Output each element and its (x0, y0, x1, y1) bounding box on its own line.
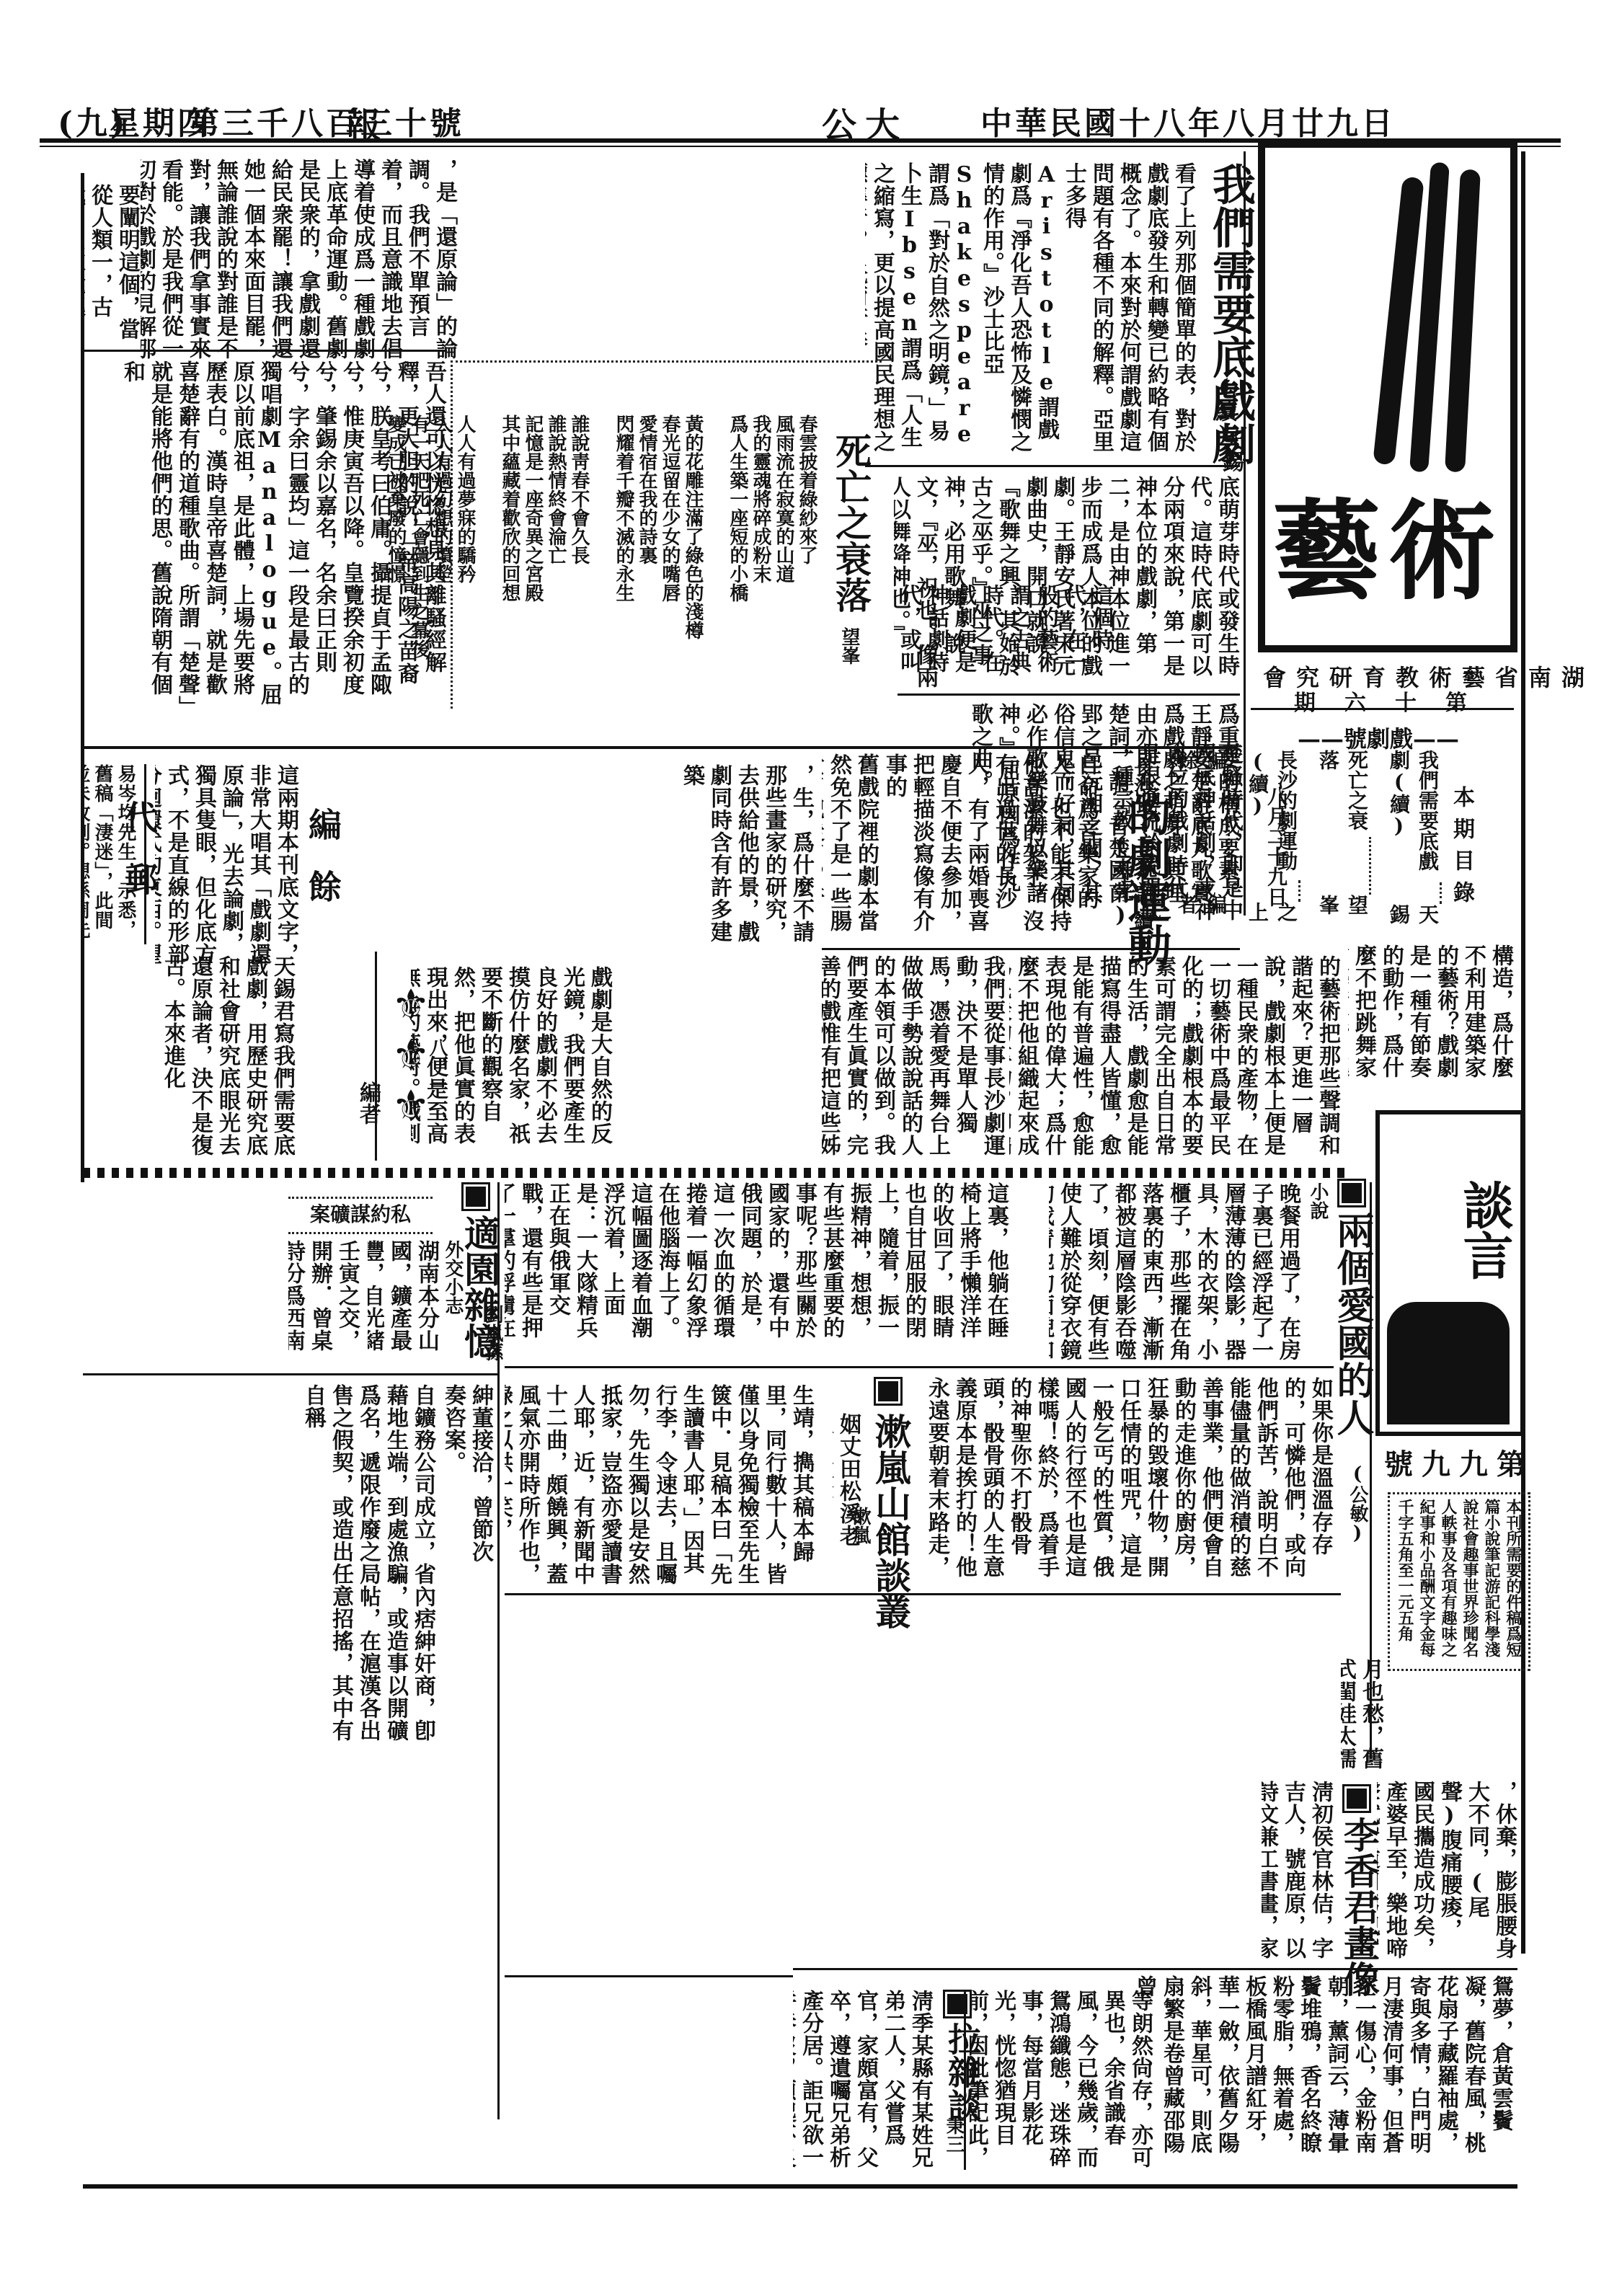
poem-line: 記憶是一座奇異之宮殿 (521, 415, 544, 688)
novel-body: 如果你是溫溫存存的，可憐他們，或向他們訴苦，說明白不能儘量的做消積的慈善事業，他… (923, 1377, 1334, 1590)
poem-line: 黃的花雕注滿了綠色的淺樽 (681, 415, 704, 688)
li-body: 淸初侯官林佶，字吉人，號鹿原，以詩文兼工書畫，家多藏書，徐乾學通志堂經解，朱彞尊… (1262, 1781, 1334, 1968)
memoirs-body: 湖南本分山國，鑛產最豐，自光緒丁西戊戌之間，由陳撫寶箴開辦以後，風氣漸開，至辛亥 (368, 1240, 440, 1366)
divider (793, 1968, 1517, 1970)
li-body: 月也愁，舊式閨娃太懦柔，婚姻重自由，言也投，意也 (1341, 1658, 1384, 1773)
boxed-heading-text: 私約謀礦案 (288, 1199, 433, 1228)
column-rule (964, 1990, 966, 2170)
divider (865, 465, 1240, 467)
shulan-body: 姻丈田松溪老人，文章 (833, 1413, 861, 1586)
article-body: 這個時代，在一般的藝術謂之古典時代。在戲劇便是神話劇時代，或叫神本位的戲劇時代。… (898, 584, 1114, 692)
article-body: 吾人還可以恍惚想見其離騷經解釋，更大胆的說，「帝高陽之苗裔兮，朕皇考曰伯庸。攝提… (83, 360, 447, 710)
poem-line: 其中蘊藏着歡欣的回想 (498, 415, 521, 688)
correspondence-body: 易岑均先生：示悉，舊稿「淒迷」，此間並未收到。想係周先生忘記轉來。 (83, 764, 137, 944)
section-marker (1342, 1784, 1371, 1816)
toc-item-author: 望峯 (1313, 895, 1371, 930)
divider (898, 693, 1240, 696)
divider (505, 1975, 793, 1977)
toc-heading: 本期目錄 (1445, 786, 1477, 913)
toc-item-title: 我們需要底戲劇(續) (1384, 750, 1442, 882)
divider (83, 1373, 497, 1375)
novel-tag: 小說 (1305, 1182, 1331, 1220)
section-marker (943, 1990, 972, 2021)
article-body: 要闡明這個，當從人類一，古代。只來說起：這是戲劇 (83, 184, 141, 360)
divider (822, 948, 1240, 950)
divider (83, 746, 1236, 749)
li-body: ，休棄，膨脹腰身大不同，(尾聲)腹痛腰痠，國民攜造成功矣，產婆早至，樂地啼聲試，… (1377, 1781, 1517, 1961)
art-period: 第十六期 (1294, 685, 1496, 717)
art-logo-text: 藝術 (1272, 479, 1503, 624)
section-author: 劉嵐蓀 (479, 1305, 506, 1361)
memoirs-boxed-heading: 私約謀礦案 (288, 1197, 433, 1234)
shulan-body: 生靖，擕其稿本歸里，同行數十人，皆僅以身免獨檢至先生篋中．見稿本曰「先生讀書人耶… (505, 1384, 815, 1586)
novel-author: (公敏) (1344, 1463, 1371, 1544)
article-body: 我們要從事長沙劇運動，決不是單人獨馬，憑着愛再舞台上做做手勢說說話的人的本領可以… (822, 955, 1006, 1164)
memoirs-body: 紳董接洽，曾節次奏咨案。 (440, 1384, 494, 1564)
article-body: ，是「還原論」的論調。我們不單預言着，而且意識地去倡導着使成爲一種戲劇上底革命運… (141, 159, 458, 360)
toc-item[interactable]: 死亡之衰落 望峯 (1313, 750, 1371, 930)
novel-body: 這裏，他躺在睡椅上將手懶洋洋的收回了，眼睛也自甘屈服的閉上，隨着，振一振精神，想… (505, 1182, 1009, 1359)
article-body: 自命爲音樂家的人，也不能不保持他高潔的架子。沒有出過世的長沙人，有了兩婚喪喜慶自… (883, 753, 1099, 941)
art-logo-woodcut: 藝術 (1258, 141, 1517, 652)
black-square-icon (461, 1182, 490, 1211)
poem-body: 春雲披着綠紗來了 風雨流在寂寞的山道 我的靈魂將碎成粉末 爲人生築一座短的小橋 … (461, 415, 818, 688)
section-marker (461, 1182, 490, 1214)
cartoon-figure (1387, 1302, 1510, 1424)
divider (83, 350, 447, 352)
editor-note-body: ，生，爲什麼不請那些畫家的研究，去供給他的景，戲劇同時含有許多建築 (620, 764, 815, 944)
editor-note-body: 這兩期本刊底文字，非常大唱其「戲劇還原論」，光去論劇，獨具隻眼，但化底方式，不是… (155, 764, 299, 966)
poem-line: 誰說熱情終會淪亡 (544, 415, 567, 688)
toc-item[interactable]: 我們需要底戲劇(續) 天錫 (1384, 750, 1442, 930)
section-subtitle: 外交小志 (440, 1240, 466, 1315)
issue-number: 第三千八百三十號 (187, 97, 464, 143)
fleur-de-lis-ornament: ⚜⚜⚜ (382, 980, 440, 1132)
article-body: 的藝術把那些聲調和諧起來？更進一層說，戲劇根本上便是一種民衆的產物，在一切藝術中… (1009, 955, 1341, 1164)
bottom-rule (83, 2184, 1517, 2189)
poem-line: 人人有過夢寐的驕矜 (453, 415, 477, 688)
section-marker (874, 1377, 903, 1409)
poem-line: 誰說靑春不會久長 (567, 415, 590, 688)
article-body: 舊戲院裡的劇本當然免不了是一些腸貴了記走了，新 (822, 753, 879, 941)
masthead: (九) 星期四 第三千八百三十號 報 公 大 中華民國十八年八月廿九日 (0, 97, 1622, 141)
section-author: 編者 (352, 1081, 384, 1125)
novel-title: 兩個愛國的人 (1326, 1211, 1377, 1436)
poem-author: 望峯 (836, 627, 863, 665)
divider (505, 1366, 1334, 1368)
divider (505, 1593, 1341, 1595)
toc-item-title: 死亡之衰落 (1313, 750, 1371, 837)
section-author: 文 (1348, 1932, 1375, 1951)
talk-call-for-papers-box: 本刊所需要的件稿爲短篇小說筆記游記科學淺說社會趣事世界珍聞名人軼事及各項有趣味之… (1388, 1492, 1530, 1671)
poem-line: 春光逗留在少女的嘴唇 (658, 415, 681, 688)
ornament-border (83, 1168, 1352, 1178)
toc-date: 八月二十九日 (1262, 786, 1290, 907)
article-heading-small: 長沙 (1128, 757, 1157, 797)
black-square-icon (1337, 1179, 1366, 1207)
divider (1251, 708, 1514, 710)
poem-line: 爲人生築一座短的小橋 (726, 415, 749, 688)
toc-leader (1384, 882, 1442, 904)
talk-magazine-cover: 談言 (1375, 1110, 1525, 1436)
publication-date: 中華民國十八年八月廿九日 (980, 97, 1396, 143)
black-square-icon (943, 1990, 972, 2018)
poem-line: 閃耀着千瓣不滅的永生 (612, 415, 635, 688)
poem-stanza: 誰說靑春不會久長 誰說熱情終會淪亡 記憶是一座奇異之宮殿 其中蘊藏着歡欣的回想 (498, 415, 590, 688)
talk-call-for-papers: 本刊所需要的件稿爲短篇小說筆記游記科學淺說社會趣事世界珍聞名人軼事及各項有趣味之… (1394, 1499, 1524, 1657)
memoirs-body: 壬寅之交，開辦．曾桌詩分爲西南兩 (288, 1240, 360, 1366)
table-of-contents: 我們需要底戲劇(續) 天錫 死亡之衰落 望峯 長沙的劇運動(續) 之上 編餘 編… (1319, 750, 1442, 930)
right-border (1521, 151, 1525, 1954)
article-continued-tag: (續) (1128, 887, 1157, 954)
article-body: 構造，爲什麼不利用建築家的藝術？戲劇是一種有節奏的動作，爲什麼不把跳舞家的藝術應… (1348, 944, 1514, 1096)
article-author: 之上 (1107, 851, 1138, 894)
toc-leader (1313, 837, 1371, 895)
poem-line: 春雲披着綠紗來了 (795, 415, 818, 688)
talk-cover-title: 談言 (1448, 1179, 1521, 1280)
toc-item-author: 天錫 (1384, 904, 1442, 930)
section-marker (1337, 1179, 1366, 1210)
poem-title: 死亡之衰落 (829, 433, 872, 613)
black-square-icon (1342, 1784, 1371, 1813)
talk-issue-number: 第九九號 (1384, 1442, 1534, 1483)
poem-line: 我的靈魂將碎成粉末 (749, 415, 772, 688)
lazatan-body: 等朗然尙存，亦可異也，余省識春風，今已幾歲，而鴛鴻纖態，迷珠碎事，每當月影花光，… (970, 1990, 1153, 2170)
column-rule (375, 952, 377, 1161)
woodcut-decoration (1445, 169, 1481, 473)
poem-line: 愛情宿在我的詩裏 (635, 415, 658, 688)
poem-line: 風雨流在寂寞的山道 (772, 415, 795, 688)
section-title: 編餘 (299, 807, 347, 931)
novel-body: 晚餐用過了，在房子裏已經浮起了一層薄薄的陰影，器具，木的衣架，小櫃子，那些擺在角… (1049, 1182, 1301, 1366)
memoirs-body: 自鑛務公司成立，省內痞紳奸商，卽藉地生端，到處漁騙，或造事以開礦爲名，遞限作廢之… (83, 1384, 436, 1745)
poem-stanza: 春雲披着綠紗來了 風雨流在寂寞的山道 我的靈魂將碎成粉末 爲人生築一座短的小橋 (726, 415, 818, 688)
article-body: 看了上列那個簡單的表，對於戲劇底發生和轉變已約略有個概念了。本來對於何謂戲劇這問… (865, 162, 1197, 458)
poem-stanza: 黃的花雕注滿了綠色的淺樽 春光逗留在少女的嘴唇 愛情宿在我的詩裏 閃耀着千瓣不滅… (612, 415, 704, 688)
lazatan-body: 淸季某縣有某姓兄弟二人，父嘗爲官，家頗富有，父卒，遵遺囑兄弟析產分居。詎兄欲一併… (793, 1990, 934, 2170)
editor-note-body: 天錫君寫我們需要底戲劇，用歷史研究底和社會研究底眼光去還原論者，決不是復古。本來… (87, 955, 296, 1164)
black-square-icon (874, 1377, 903, 1406)
